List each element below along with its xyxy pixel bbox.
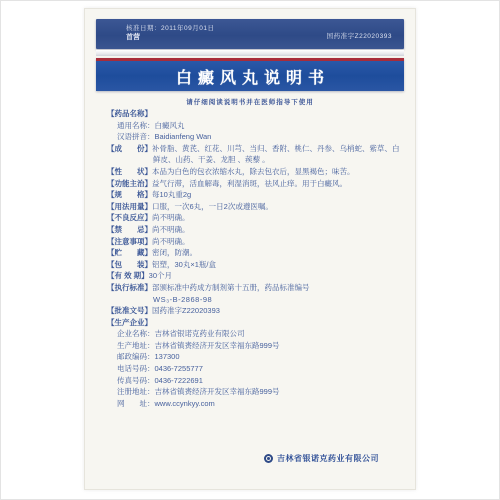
entry-text: 铝塑，30丸×1瓶/盒 [152,260,216,269]
entry-text: 30个月 [149,271,172,280]
approval-header-bar: 核准日期：2011年09月01日 首营 国药准字Z22020393 [96,19,404,49]
entry-manufacturer: 【生产企业】 [107,317,404,329]
insert-body: 【药品名称】 通用名称：白癜风丸 汉语拼音：Baidianfeng Wan 【成… [107,108,404,409]
entry-text: 本品为白色的包衣浓缩水丸，除去包衣后，显黑褐色；味苦。 [152,167,355,176]
entry-generic-name: 通用名称：白癜风丸 [107,120,404,132]
entry-website: 网 址：www.ccynkyy.com [107,398,404,410]
entry-specification: 【规 格】每10丸重2g [107,189,404,201]
entry-phone-number: 电话号码：0436-7255777 [107,363,404,375]
entry-label: 【有 效 期】 [107,271,149,280]
entry-label: 【用法用量】 [107,202,152,211]
entry-label: 【包 装】 [107,260,152,269]
entry-label: 【贮 藏】 [107,248,152,257]
package-insert-page: 核准日期：2011年09月01日 首营 国药准字Z22020393 白癜风丸说明… [84,8,416,490]
entry-packaging: 【包 装】铝塑，30丸×1瓶/盒 [107,259,404,271]
entry-contraindications: 【禁 忌】尚不明确。 [107,224,404,236]
entry-ingredients: 【成 份】补骨脂、黄芪、红花、川芎、当归、香附、桃仁、丹参、乌梢蛇、紫草、白鲜皮… [107,143,404,166]
entry-standard-number: WS₃-B-2868-98 [107,294,404,306]
entry-registered-address: 注册地址：吉林省镇赉经济开发区幸福东路999号 [107,386,404,398]
company-seal-icon [264,454,273,463]
entry-pinyin: 汉语拼音：Baidianfeng Wan [107,131,404,143]
entry-label: 【批准文号】 [107,306,152,315]
entry-text: 每10丸重2g [152,190,191,199]
entry-label: 【不良反应】 [107,213,152,222]
entry-text: 尚不明确。 [152,237,190,246]
entry-shelf-life: 【有 效 期】30个月 [107,270,404,282]
title-bar: 白癜风丸说明书 [96,58,404,91]
entry-label: 【生产企业】 [107,318,152,327]
entry-production-address: 生产地址：吉林省镇赉经济开发区幸福东路999号 [107,340,404,352]
entry-dosage: 【用法用量】口服，一次6丸，一日2次或遵医嘱。 [107,201,404,213]
company-name: 吉林省银诺克药业有限公司 [277,453,379,464]
entry-text: 部颁标准中药成方制剂第十五册，药品标准编号 [152,283,310,292]
entry-standard: 【执行标准】部颁标准中药成方制剂第十五册，药品标准编号 [107,282,404,294]
entry-storage: 【贮 藏】密闭，防潮。 [107,247,404,259]
divider-strip [96,50,404,56]
approval-number: 国药准字Z22020393 [327,31,392,40]
entry-label: 【执行标准】 [107,283,152,292]
entry-text: 国药准字Z22020393 [152,306,220,315]
approval-date-block: 核准日期：2011年09月01日 首营 [126,24,214,42]
entry-text: 口服，一次6丸，一日2次或遵医嘱。 [152,202,273,211]
first-business-stamp: 首营 [126,33,214,42]
read-instructions-notice: 请仔细阅读说明书并在医师指导下使用 [85,97,415,106]
entry-approval-number: 【批准文号】国药准字Z22020393 [107,305,404,317]
entry-label: 【药品名称】 [107,109,152,118]
entry-label: 【禁 忌】 [107,225,152,234]
approval-date: 核准日期：2011年09月01日 [126,24,214,33]
entry-text: 密闭，防潮。 [152,248,197,257]
entry-label: 【功能主治】 [107,179,152,188]
entry-drug-name: 【药品名称】 [107,108,404,120]
entry-postal-code: 邮政编码：137300 [107,351,404,363]
entry-functions: 【功能主治】益气行滞，活血解毒，利湿消斑，祛风止痒。用于白癜风。 [107,178,404,190]
entry-label: 【规 格】 [107,190,152,199]
page-title: 白癜风丸说明书 [170,65,330,88]
entry-label: 【成 份】 [107,144,152,153]
entry-precautions: 【注意事项】尚不明确。 [107,236,404,248]
entry-label: 【注意事项】 [107,237,152,246]
entry-text: 益气行滞，活血解毒，利湿消斑，祛风止痒。用于白癜风。 [152,179,347,188]
entry-text: 补骨脂、黄芪、红花、川芎、当归、香附、桃仁、丹参、乌梢蛇、紫草、白鲜皮、山药、干… [152,144,400,165]
entry-label: 【性 状】 [107,167,152,176]
entry-adverse-reactions: 【不良反应】尚不明确。 [107,212,404,224]
company-signature: 吉林省银诺克药业有限公司 [264,453,379,464]
entry-company-name: 企业名称：吉林省银诺克药业有限公司 [107,328,404,340]
entry-text: 尚不明确。 [152,213,190,222]
entry-fax-number: 传真号码：0436-7222691 [107,375,404,387]
entry-text: 尚不明确。 [152,225,190,234]
entry-description: 【性 状】本品为白色的包衣浓缩水丸，除去包衣后，显黑褐色；味苦。 [107,166,404,178]
